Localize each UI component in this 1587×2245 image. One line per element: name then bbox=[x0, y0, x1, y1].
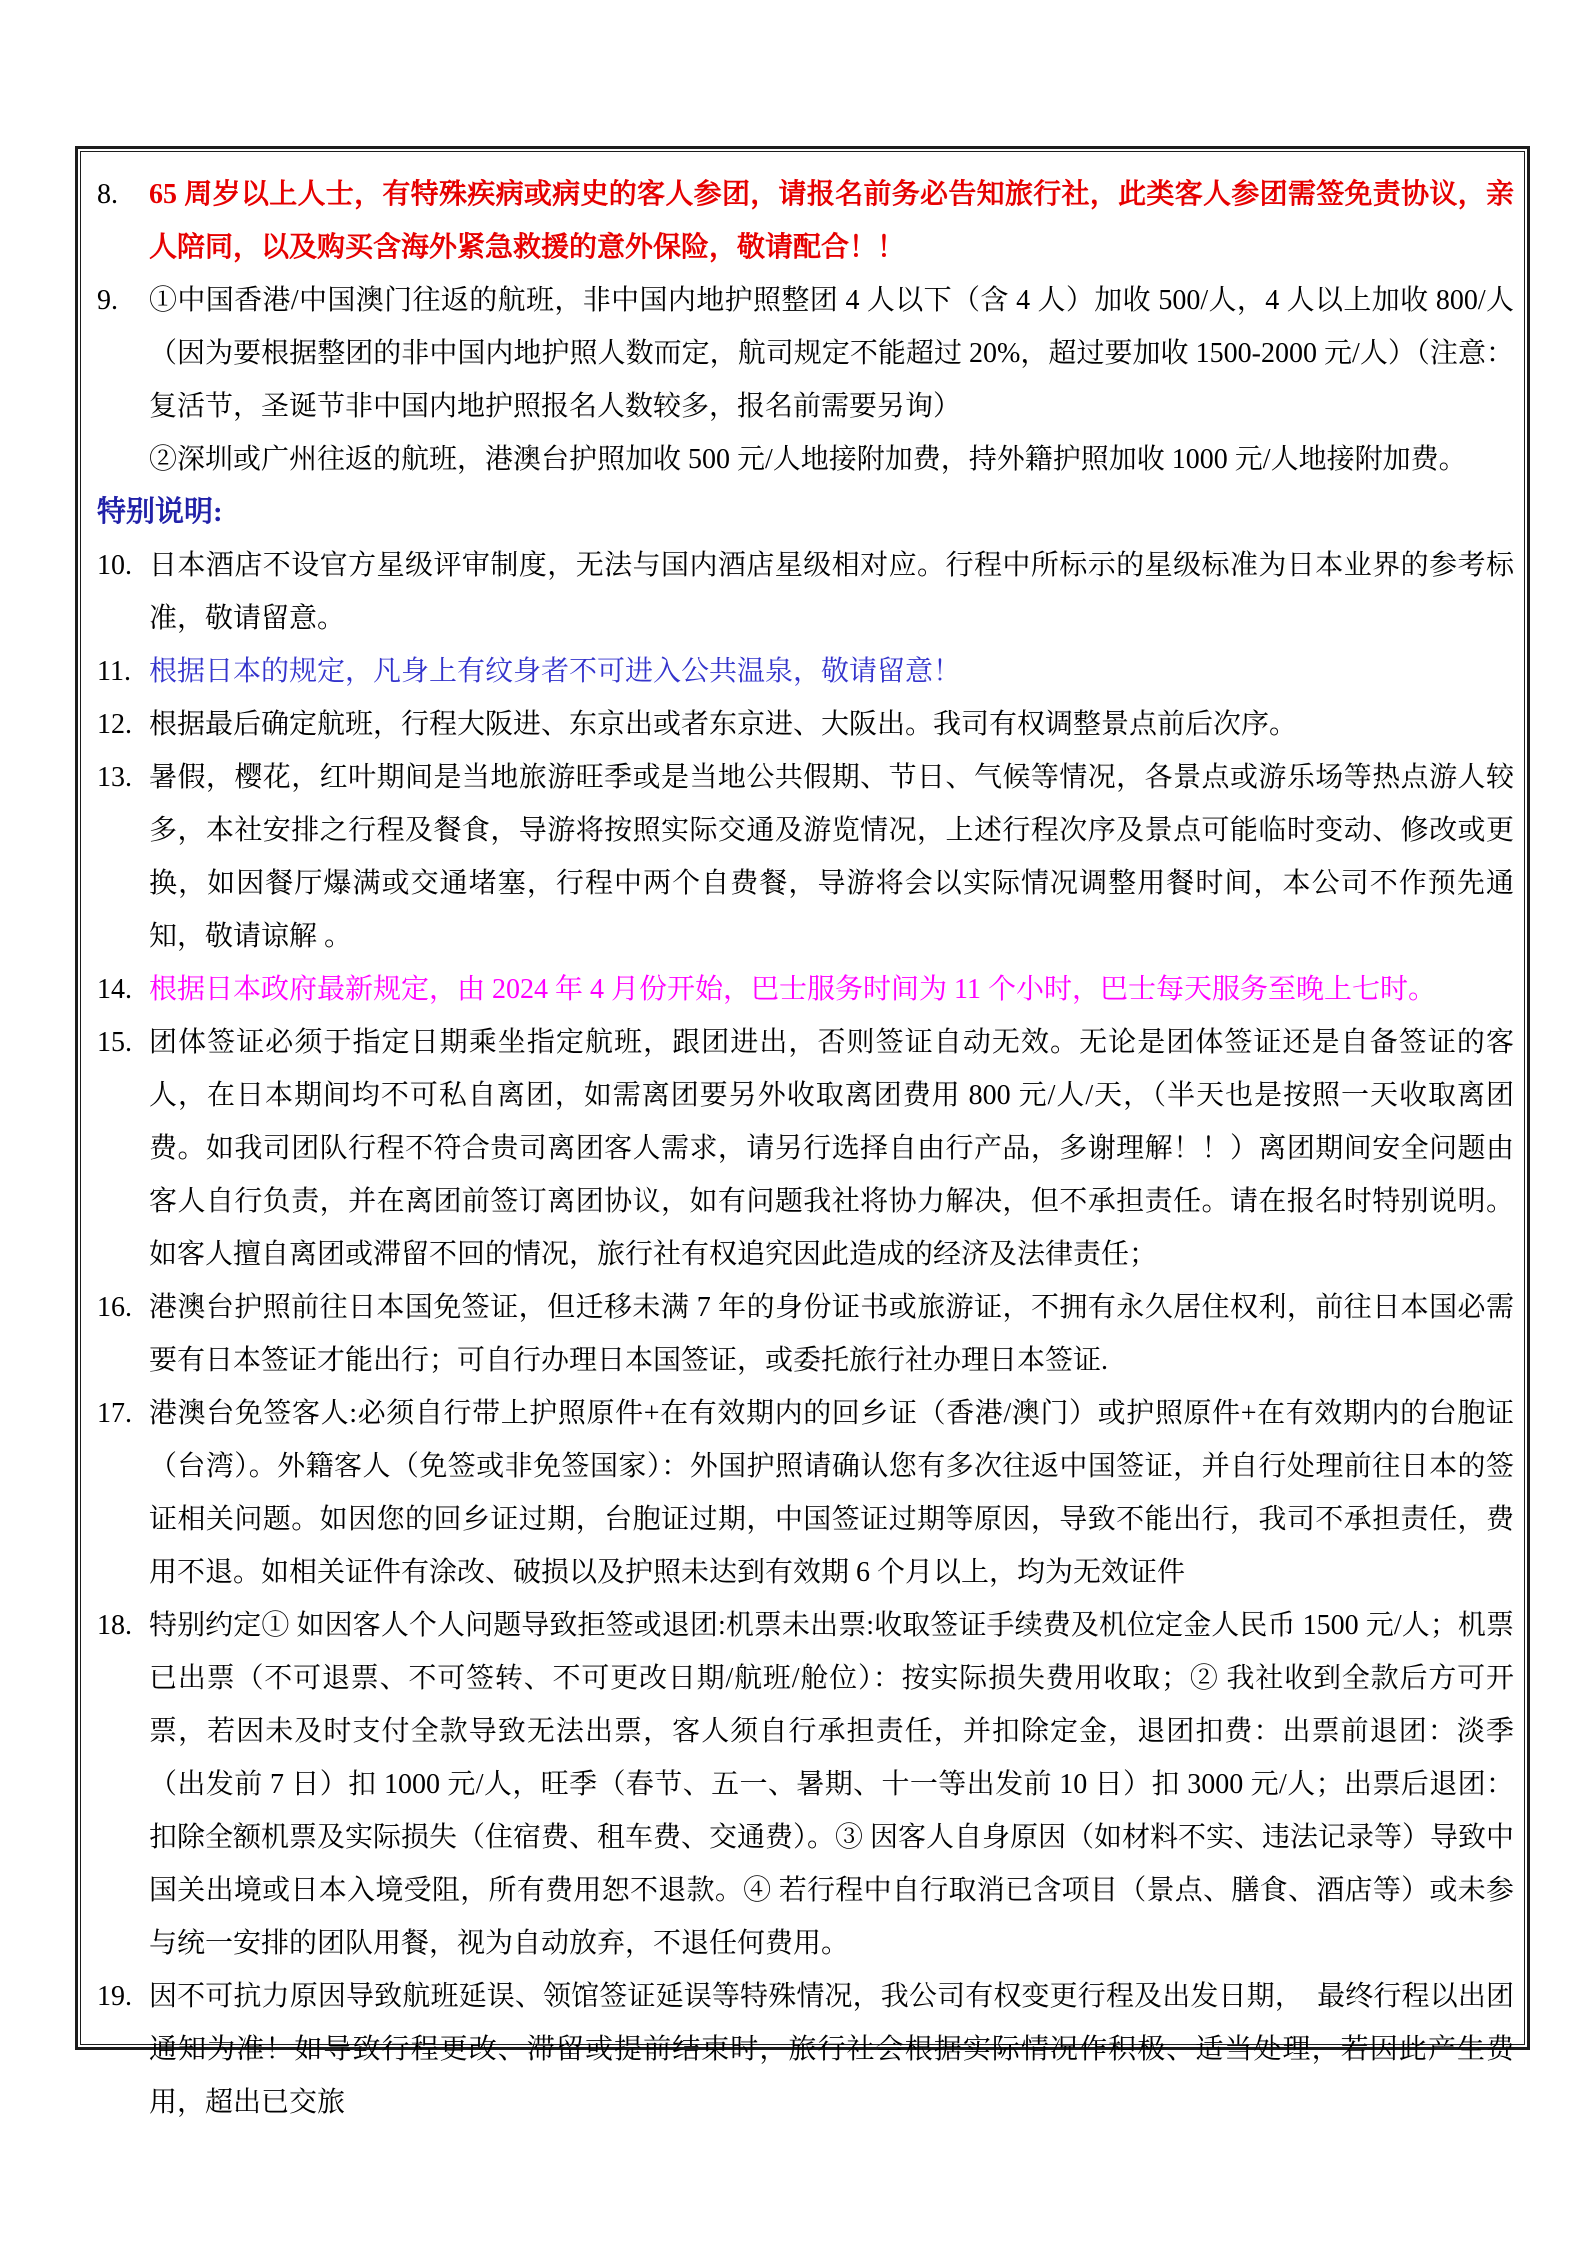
item-number-8: 8. bbox=[97, 168, 149, 221]
notice-border-box: 8. 65 周岁以上人士，有特殊疾病或病史的客人参团，请报名前务必告知旅行社，此… bbox=[75, 146, 1530, 2050]
list-item-11: 11. 根据日本的规定，凡身上有纹身者不可进入公共温泉，敬请留意！ bbox=[97, 645, 1514, 698]
item-9-paragraph-2: ②深圳或广州往返的航班，港澳台护照加收 500 元/人地接附加费，持外籍护照加收… bbox=[149, 433, 1514, 486]
list-item-13: 13. 暑假，樱花，红叶期间是当地旅游旺季或是当地公共假期、节日、气候等情况，各… bbox=[97, 751, 1514, 963]
list-item-14: 14. 根据日本政府最新规定，由 2024 年 4 月份开始，巴士服务时间为 1… bbox=[97, 963, 1514, 1016]
list-item-16: 16. 港澳台护照前往日本国免签证，但迁移未满 7 年的身份证书或旅游证，不拥有… bbox=[97, 1281, 1514, 1387]
item-text-17: 港澳台免签客人:必须自行带上护照原件+在有效期内的回乡证（香港/澳门）或护照原件… bbox=[149, 1387, 1514, 1599]
list-item-8: 8. 65 周岁以上人士，有特殊疾病或病史的客人参团，请报名前务必告知旅行社，此… bbox=[97, 168, 1514, 274]
notice-content: 8. 65 周岁以上人士，有特殊疾病或病史的客人参团，请报名前务必告知旅行社，此… bbox=[80, 151, 1525, 2045]
item-text-14: 根据日本政府最新规定，由 2024 年 4 月份开始，巴士服务时间为 11 个小… bbox=[149, 963, 1514, 1016]
item-number-17: 17. bbox=[97, 1387, 149, 1440]
list-item-10: 10. 日本酒店不设官方星级评审制度，无法与国内酒店星级相对应。行程中所标示的星… bbox=[97, 539, 1514, 645]
item-9-paragraph-1: ①中国香港/中国澳门往返的航班，非中国内地护照整团 4 人以下（含 4 人）加收… bbox=[149, 274, 1514, 433]
item-text-16: 港澳台护照前往日本国免签证，但迁移未满 7 年的身份证书或旅游证，不拥有永久居住… bbox=[149, 1281, 1514, 1387]
item-number-10: 10. bbox=[97, 539, 149, 592]
item-number-11: 11. bbox=[97, 645, 149, 698]
item-text-15: 团体签证必须于指定日期乘坐指定航班，跟团进出，否则签证自动无效。无论是团体签证还… bbox=[149, 1016, 1514, 1281]
list-item-15: 15. 团体签证必须于指定日期乘坐指定航班，跟团进出，否则签证自动无效。无论是团… bbox=[97, 1016, 1514, 1281]
item-number-14: 14. bbox=[97, 963, 149, 1016]
list-item-19: 19. 因不可抗力原因导致航班延误、领馆签证延误等特殊情况，我公司有权变更行程及… bbox=[97, 1970, 1514, 2129]
item-number-13: 13. bbox=[97, 751, 149, 804]
item-text-13: 暑假，樱花，红叶期间是当地旅游旺季或是当地公共假期、节日、气候等情况，各景点或游… bbox=[149, 751, 1514, 963]
item-number-16: 16. bbox=[97, 1281, 149, 1334]
item-text-9: ①中国香港/中国澳门往返的航班，非中国内地护照整团 4 人以下（含 4 人）加收… bbox=[149, 274, 1514, 486]
item-text-11: 根据日本的规定，凡身上有纹身者不可进入公共温泉，敬请留意！ bbox=[149, 645, 1514, 698]
item-number-15: 15. bbox=[97, 1016, 149, 1069]
special-note-heading: 特别说明: bbox=[97, 486, 1514, 539]
item-number-18: 18. bbox=[97, 1599, 149, 1652]
item-text-12: 根据最后确定航班，行程大阪进、东京出或者东京进、大阪出。我司有权调整景点前后次序… bbox=[149, 698, 1514, 751]
list-item-18: 18. 特别约定① 如因客人个人问题导致拒签或退团:机票未出票:收取签证手续费及… bbox=[97, 1599, 1514, 1970]
document-page: 8. 65 周岁以上人士，有特殊疾病或病史的客人参团，请报名前务必告知旅行社，此… bbox=[0, 0, 1587, 2245]
item-text-19: 因不可抗力原因导致航班延误、领馆签证延误等特殊情况，我公司有权变更行程及出发日期… bbox=[149, 1970, 1514, 2129]
item-number-19: 19. bbox=[97, 1970, 149, 2023]
list-item-9: 9. ①中国香港/中国澳门往返的航班，非中国内地护照整团 4 人以下（含 4 人… bbox=[97, 274, 1514, 486]
item-text-10: 日本酒店不设官方星级评审制度，无法与国内酒店星级相对应。行程中所标示的星级标准为… bbox=[149, 539, 1514, 645]
item-number-9: 9. bbox=[97, 274, 149, 327]
item-text-18: 特别约定① 如因客人个人问题导致拒签或退团:机票未出票:收取签证手续费及机位定金… bbox=[149, 1599, 1514, 1970]
item-number-12: 12. bbox=[97, 698, 149, 751]
item-text-8: 65 周岁以上人士，有特殊疾病或病史的客人参团，请报名前务必告知旅行社，此类客人… bbox=[149, 168, 1514, 274]
list-item-12: 12. 根据最后确定航班，行程大阪进、东京出或者东京进、大阪出。我司有权调整景点… bbox=[97, 698, 1514, 751]
list-item-17: 17. 港澳台免签客人:必须自行带上护照原件+在有效期内的回乡证（香港/澳门）或… bbox=[97, 1387, 1514, 1599]
